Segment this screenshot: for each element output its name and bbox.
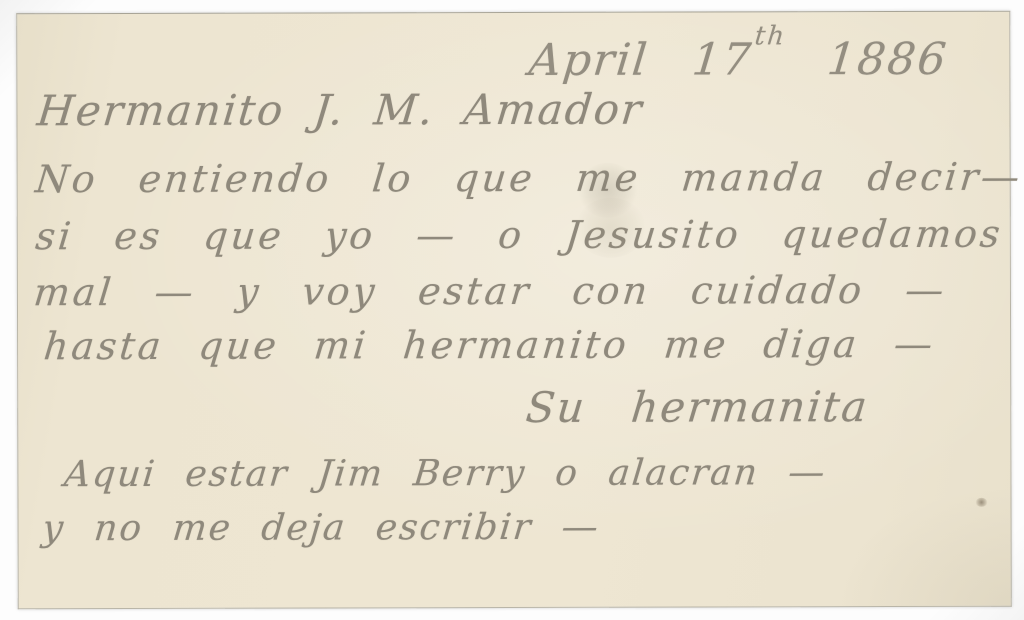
salutation-line: Hermanito J. M. Amador xyxy=(35,85,646,136)
date-year: 1886 xyxy=(825,34,950,85)
body-line: No entiendo lo que me manda decir— xyxy=(33,155,1024,202)
date-ordinal: th xyxy=(753,22,787,52)
postcard: April 17th 1886 Hermanito J. M. Amador N… xyxy=(16,11,1012,610)
postscript-line: Aqui estar Jim Berry o alacran — xyxy=(62,452,828,495)
signature-line: Su hermanita xyxy=(524,382,871,432)
ink-speck xyxy=(975,498,987,507)
date-line: April 17th 1886 xyxy=(527,34,951,86)
scan-backdrop: April 17th 1886 Hermanito J. M. Amador N… xyxy=(0,0,1024,620)
body-line: si es que yo — o Jesusito quedamos xyxy=(34,212,1005,259)
postscript-line: y no me deja escribir — xyxy=(40,507,601,549)
body-line: hasta que mi hermanito me diga — xyxy=(42,322,938,368)
date-month-day: April 17 xyxy=(527,34,755,86)
body-line: mal — y voy estar con cuidado — xyxy=(32,268,949,314)
